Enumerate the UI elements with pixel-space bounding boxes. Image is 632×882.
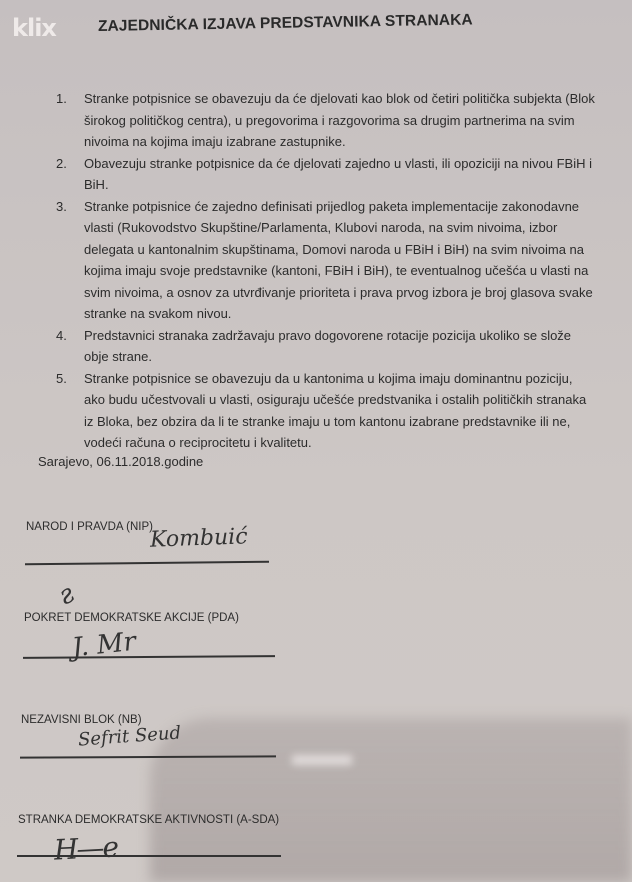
list-item: 1. Stranke potpisnice se obavezuju da će… [56,88,596,153]
item-text: Stranke potpisnice se obavezuju da će dj… [84,88,596,153]
signatory-nb: NEZAVISNI BLOK (NB) [21,714,142,726]
list-item: 2. Obavezuju stranke potpisnice da će dj… [56,153,596,196]
item-text: Obavezuju stranke potpisnice da će djelo… [84,153,596,196]
statement-list: 1. Stranke potpisnice se obavezuju da će… [56,88,596,454]
signature-line [25,561,269,566]
photo-shadow [150,718,632,882]
list-item: 5. Stranke potpisnice se obavezuju da u … [56,368,596,454]
party-name: POKRET DEMOKRATSKE AKCIJE (PDA) [24,612,239,624]
signatory-a-sda: STRANKA DEMOKRATSKE AKTIVNOSTI (A-SDA) [18,814,279,826]
item-text: Stranke potpisnice će zajedno definisati… [84,196,596,325]
signatory-pda: POKRET DEMOKRATSKE AKCIJE (PDA) [24,612,239,624]
item-number: 2. [56,153,84,196]
party-name: STRANKA DEMOKRATSKE AKTIVNOSTI (A-SDA) [18,814,279,826]
party-name: NAROD I PRAVDA (NIP) [26,521,153,533]
item-number: 5. [56,368,84,454]
party-name: NEZAVISNI BLOK (NB) [21,714,142,726]
document-page: klix ZAJEDNIČKA IZJAVA PREDSTAVNIKA STRA… [0,0,632,882]
signature: H—e [53,830,118,866]
list-item: 3. Stranke potpisnice će zajedno definis… [56,196,596,325]
signature-flourish: ƨ [53,579,80,612]
item-text: Stranke potpisnice se obavezuju da u kan… [84,368,596,454]
klix-logo: klix [12,14,56,42]
document-title: ZAJEDNIČKA IZJAVA PREDSTAVNIKA STRANAKA [98,11,473,36]
place-date: Sarajevo, 06.11.2018.godine [38,454,203,469]
signature: Kombuić [150,524,248,552]
signature-line [17,855,281,857]
signatory-nip: NAROD I PRAVDA (NIP) [26,521,153,533]
item-number: 1. [56,88,84,153]
signature-line [23,655,275,659]
list-item: 4. Predstavnici stranaka zadržavaju prav… [56,325,596,368]
photo-glare [292,755,352,765]
item-number: 4. [56,325,84,368]
item-text: Predstavnici stranaka zadržavaju pravo d… [84,325,596,368]
item-number: 3. [56,196,84,325]
